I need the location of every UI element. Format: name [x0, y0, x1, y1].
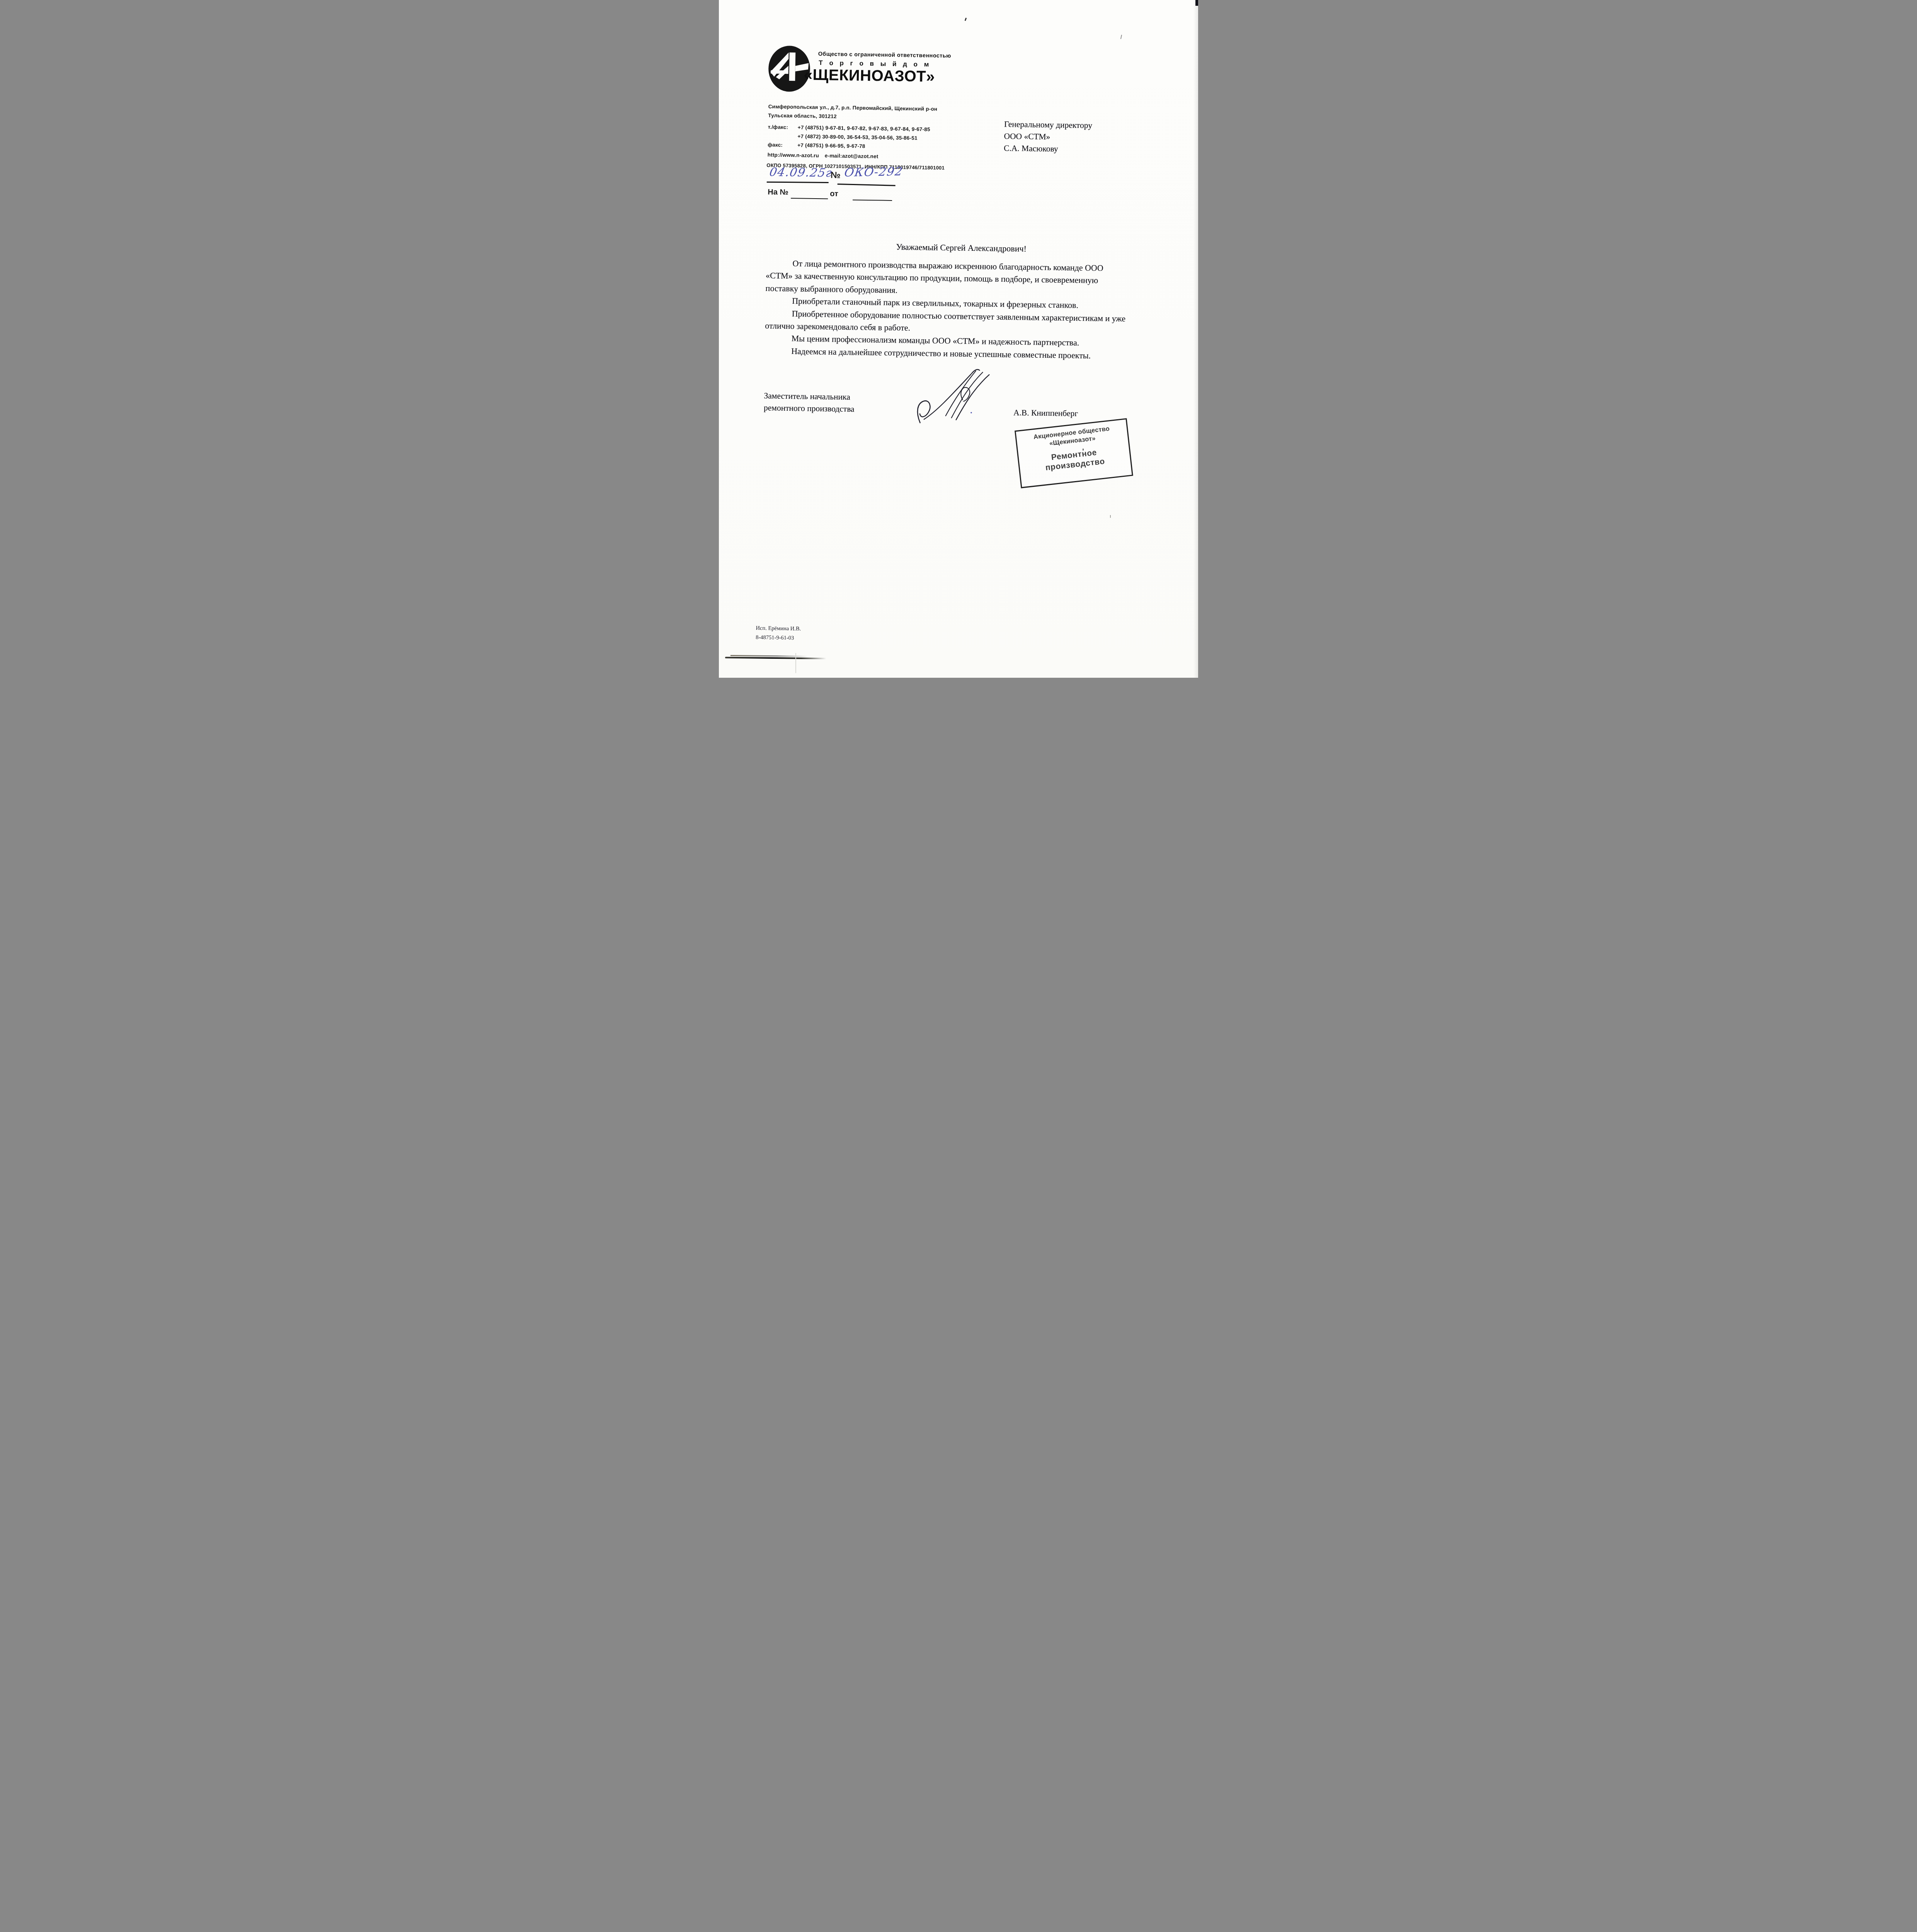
- fax-label: факс:: [768, 142, 783, 148]
- scan-edge-shade: [1193, 0, 1198, 678]
- recipient-company: ООО «СТМ»: [1004, 131, 1050, 142]
- scan-speck-3: [1083, 449, 1084, 451]
- org-name: «ЩЕКИНОАЗОТ»: [804, 66, 935, 85]
- reply-date-underline: [853, 199, 892, 201]
- executor-phone: 8-48751-9-61-03: [756, 634, 794, 641]
- salutation: Уважаемый Сергей Александрович!: [766, 240, 1156, 256]
- phone-fax-label: т./факс:: [768, 124, 788, 130]
- scanned-letter-page: Общество с ограниченной ответственностью…: [719, 0, 1198, 678]
- org-type-line: Общество с ограниченной ответственностью: [818, 51, 951, 59]
- email-address: e-mail:azot@azot.net: [825, 153, 878, 159]
- reply-number-underline: [791, 198, 828, 199]
- signer-name: А.В. Книппенберг: [1013, 408, 1078, 418]
- fax-line: +7 (48751) 9-66-95, 9-67-78: [797, 142, 865, 149]
- reply-from-label: от: [830, 190, 838, 199]
- number-underline: [838, 184, 896, 186]
- address-line-1: Симферопольская ул., д.7, р.п. Первомайс…: [768, 104, 938, 112]
- executor-name: Исп. Ерёмина И.В.: [756, 625, 801, 633]
- recipient-title: Генеральному директору: [1004, 119, 1092, 130]
- letter-body: От лица ремонтного производства выражаю …: [764, 257, 1158, 363]
- number-sign: №: [831, 170, 841, 180]
- handwritten-date: 04.09.25г: [768, 165, 833, 180]
- recipient-name: С.А. Масюкову: [1004, 143, 1058, 154]
- handwritten-signature: [912, 365, 1004, 430]
- signer-position-line-2: ремонтного производства: [764, 403, 855, 414]
- scan-content: Общество с ограниченной ответственностью…: [719, 0, 1198, 678]
- paragraph-1: От лица ремонтного производства выражаю …: [765, 257, 1158, 300]
- scan-corner-mark: [1195, 0, 1198, 6]
- reply-to-label: На №: [768, 188, 788, 197]
- company-stamp: Акционерное общество «Щекиноазот» Ремонт…: [1015, 418, 1133, 488]
- date-underline: [767, 182, 829, 183]
- scan-speck-4: [1110, 515, 1111, 518]
- phone-line-2: +7 (4872) 30-89-00, 36-54-53, 35-04-56, …: [797, 133, 917, 141]
- address-line-2: Тульская область, 301212: [768, 112, 837, 119]
- website-url: http://www.n-azot.ru: [768, 152, 819, 158]
- phone-line-1: +7 (48751) 9-67-81, 9-67-82, 9-67-83, 9-…: [798, 124, 930, 132]
- scan-vertical-line: [795, 653, 796, 673]
- signer-position-line-1: Заместитель начальника: [764, 391, 850, 402]
- handwritten-number: ОКО-292: [843, 165, 904, 180]
